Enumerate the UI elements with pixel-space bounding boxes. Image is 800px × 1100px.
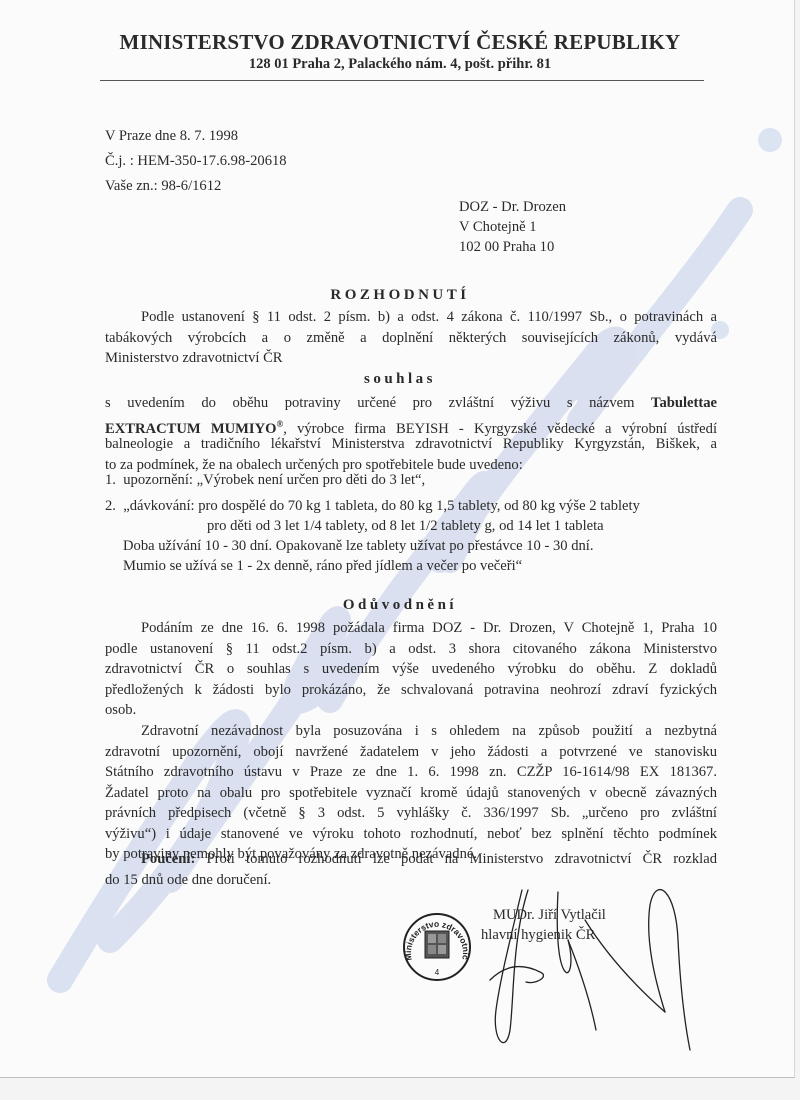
recipient-street: V Chotejně 1 (459, 217, 537, 237)
dosage-children: pro děti od 3 let 1/4 tablety, od 8 let … (207, 516, 604, 536)
decision-intro: Podle ustanovení § 11 odst. 2 písm. b) a… (105, 307, 717, 369)
your-reference: Vaše zn.: 98-6/1612 (105, 176, 221, 196)
condition-item: 2. „dávkování: pro dospělé do 70 kg 1 ta… (105, 496, 640, 516)
handwritten-signature-icon (440, 880, 720, 1055)
consent-line: s uvedením do oběhu potraviny určené pro… (105, 393, 717, 414)
justification-heading: Odůvodnění (0, 595, 800, 615)
reference-number: Č.j. : HEM-350-17.6.98-20618 (105, 151, 287, 171)
justification-paragraph-2: Zdravotní nezávadnost byla posuzována i … (105, 721, 717, 865)
header-divider (100, 80, 704, 81)
dosage-duration: Doba užívání 10 - 30 dní. Opakovaně lze … (123, 536, 594, 556)
ministry-address: 128 01 Praha 2, Palackého nám. 4, pošt. … (0, 56, 800, 73)
dosage-frequency: Mumio se užívá se 1 - 2x denně, ráno pře… (123, 556, 522, 576)
consent-line: EXTRACTUM MUMIYO®, výrobce firma BEYISH … (105, 414, 717, 435)
ministry-name: MINISTERSTVO ZDRAVOTNICTVÍ ČESKÉ REPUBLI… (0, 30, 800, 55)
intro-line: Ministerstvo zdravotnictví ČR (105, 348, 717, 369)
instruction-label: Poučení: (141, 851, 195, 867)
recipient-city: 102 00 Praha 10 (459, 237, 554, 257)
product-name: Tabulettae (651, 395, 717, 411)
intro-line: Podle ustanovení § 11 odst. 2 písm. b) a… (105, 307, 717, 328)
recipient-name: DOZ - Dr. Drozen (459, 197, 566, 217)
consent-heading: souhlas (0, 369, 800, 389)
condition-item: 1. upozornění: „Výrobek není určen pro d… (105, 470, 425, 490)
intro-line: tabákových výrobcích a o změně a doplněn… (105, 328, 717, 349)
consent-line: balneologie a tradičního lékařství Minis… (105, 434, 717, 455)
consent-paragraph: s uvedením do oběhu potraviny určené pro… (105, 393, 717, 475)
justification-paragraph-1: Podáním ze dne 16. 6. 1998 požádala firm… (105, 618, 717, 721)
decision-heading: ROZHODNUTÍ (0, 285, 800, 305)
letter-date: V Praze dne 8. 7. 1998 (105, 126, 238, 146)
